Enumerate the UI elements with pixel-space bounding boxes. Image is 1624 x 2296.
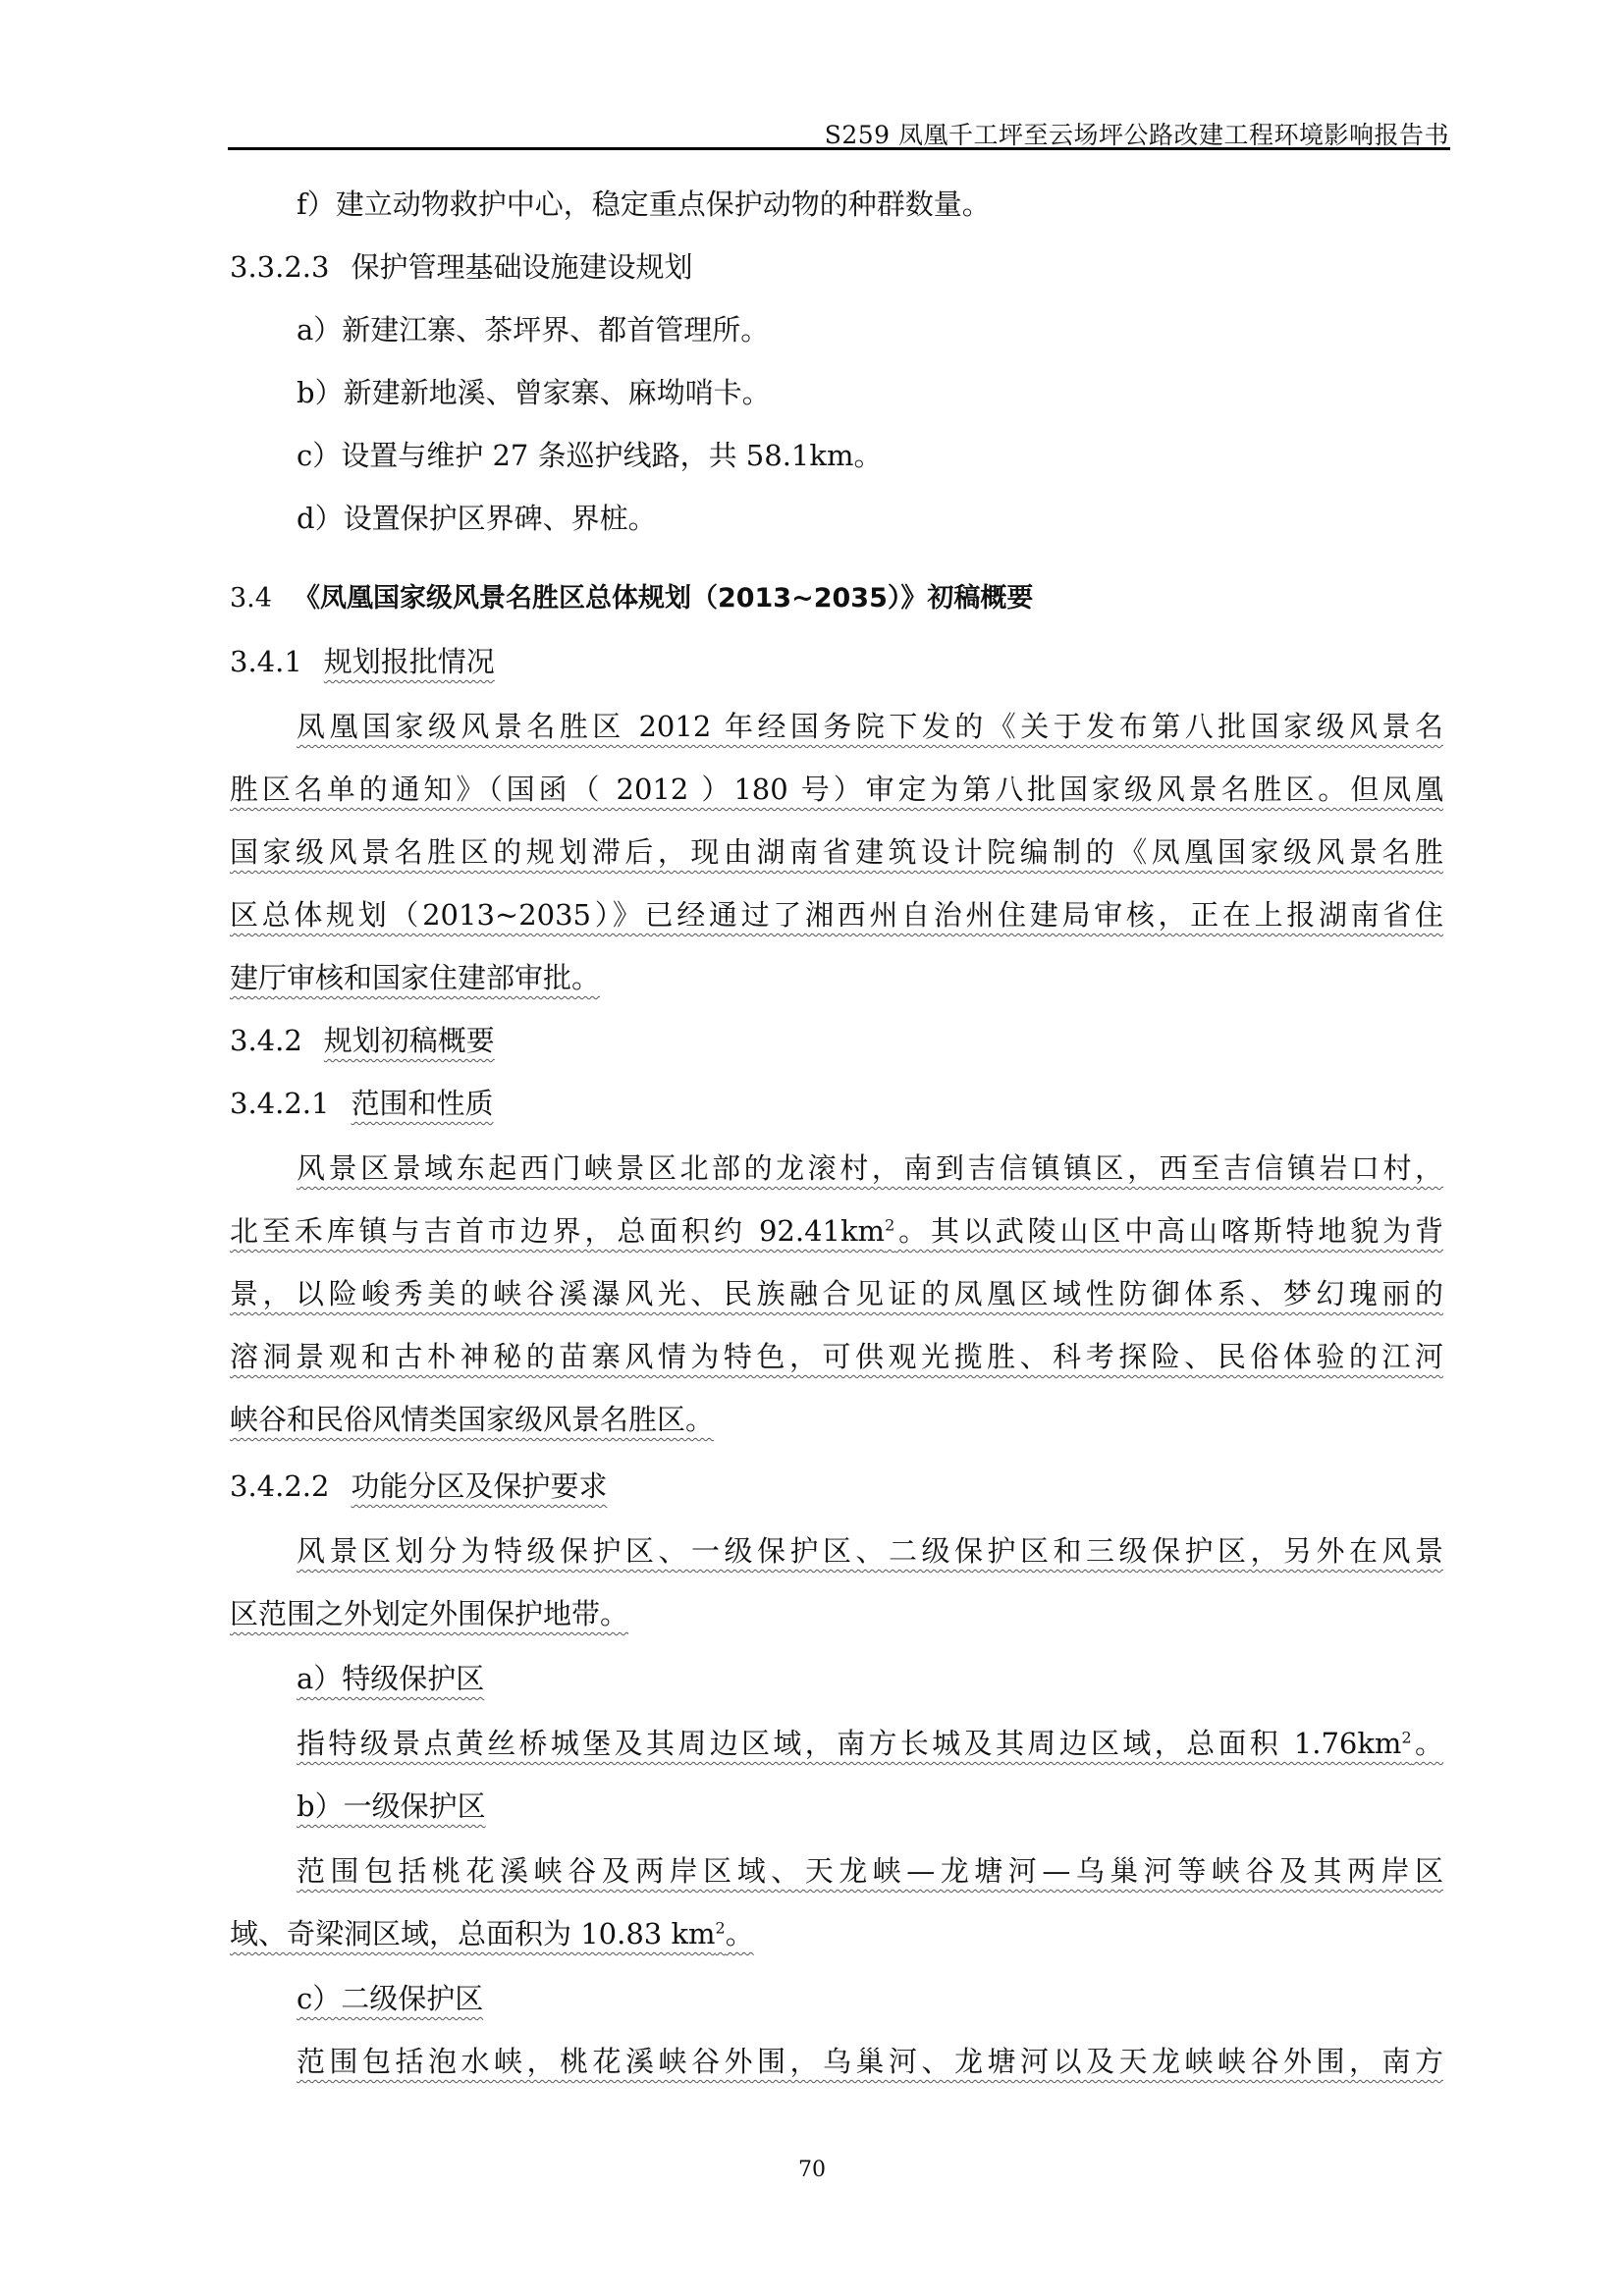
text-span: 。	[1412, 1727, 1443, 1760]
paragraph-line: 风景区景域东起西门峡景区北部的龙滚村，南到吉信镇镇区，西至吉信镇岩口村，	[297, 1150, 1443, 1186]
text-span: 域、奇梁洞区域，总面积为 10.83 km	[230, 1917, 716, 1950]
zone-a-title: a）特级保护区	[297, 1661, 484, 1696]
paragraph-line: 区总体规划（2013~2035）》已经通过了湘西州自治州住建局审核，正在上报湖南…	[230, 897, 1443, 933]
paragraph-line: 景，以险峻秀美的峡谷溪瀑风光、民族融合见证的凤凰区域性防御体系、梦幻瑰丽的	[230, 1276, 1443, 1311]
section-number: 3.4	[230, 583, 272, 614]
paragraph-line: 溶洞景观和古朴神秘的苗寨风情为特色，可供观光揽胜、科考探险、民俗体验的江河	[230, 1339, 1443, 1374]
paragraph-line: 胜区名单的通知》（国函（ 2012 ）180 号）审定为第八批国家级风景名胜区。…	[230, 772, 1443, 807]
paragraph-line: 建厅审核和国家住建部审批。	[230, 960, 600, 995]
paragraph-line: 区范围之外划定外围保护地带。	[230, 1596, 628, 1631]
section-heading-341: 3.4.1规划报批情况	[230, 644, 495, 679]
section-heading-34: 3.4《凤凰国家级风景名胜区总体规划（2013~2035）》初稿概要	[230, 581, 1033, 616]
paragraph-line: 凤凰国家级风景名胜区 2012 年经国务院下发的《关于发布第八批国家级风景名	[297, 709, 1443, 744]
section-title: 规划初稿概要	[324, 1024, 495, 1057]
section-number: 3.4.2.1	[230, 1087, 329, 1120]
section-number: 3.4.2.2	[230, 1469, 329, 1503]
list-item-a: a）新建江寨、茶坪界、都首管理所。	[297, 312, 769, 347]
document-title: S259 凤凰千工坪至云场坪公路改建工程环境影响报告书	[825, 116, 1449, 151]
zone-c-title: c）二级保护区	[297, 1981, 483, 2016]
text-span: 北至禾库镇与吉首市边界，总面积约 92.41km	[230, 1214, 885, 1248]
section-number: 3.4.1	[230, 645, 302, 678]
section-number: 3.4.2	[230, 1024, 302, 1057]
superscript: 2	[716, 1918, 726, 1937]
page-number: 70	[0, 2158, 1624, 2182]
list-item-c: c）设置与维护 27 条巡护线路，共 58.1km。	[297, 438, 882, 473]
section-title: 功能分区及保护要求	[351, 1469, 607, 1503]
zone-c-line: 范围包括泡水峡，桃花溪峡谷外围，乌巢河、龙塘河以及天龙峡峡谷外围，南方	[297, 2044, 1443, 2079]
superscript: 2	[1401, 1728, 1411, 1746]
section-title: 《凤凰国家级风景名胜区总体规划（2013~2035）》初稿概要	[294, 583, 1033, 614]
section-title: 保护管理基础设施建设规划	[351, 250, 692, 284]
list-item-f: f）建立动物救护中心，稳定重点保护动物的种群数量。	[297, 187, 991, 222]
paragraph-line: 风景区划分为特级保护区、一级保护区、二级保护区和三级保护区，另外在风景	[297, 1533, 1443, 1569]
section-heading-3323: 3.3.2.3保护管理基础设施建设规划	[230, 249, 692, 285]
section-heading-3422: 3.4.2.2功能分区及保护要求	[230, 1468, 607, 1504]
list-item-b: b）新建新地溪、曾家寨、麻坳哨卡。	[297, 375, 771, 410]
paragraph-line: 北至禾库镇与吉首市边界，总面积约 92.41km2。其以武陵山区中高山喀斯特地貌…	[230, 1213, 1443, 1249]
zone-b-line: 范围包括桃花溪峡谷及两岸区域、天龙峡—龙塘河—乌巢河等峡谷及其两岸区	[297, 1853, 1443, 1889]
text-span: 。	[726, 1917, 754, 1950]
section-title: 范围和性质	[351, 1087, 493, 1120]
zone-b-title: b）一级保护区	[297, 1789, 486, 1824]
list-item-d: d）设置保护区界碑、界桩。	[297, 501, 657, 536]
section-title: 规划报批情况	[324, 645, 495, 678]
section-heading-3421: 3.4.2.1范围和性质	[230, 1086, 493, 1121]
text-span: 指特级景点黄丝桥城堡及其周边区域，南方长城及其周边区域，总面积 1.76km	[297, 1727, 1401, 1760]
header-divider	[228, 147, 1450, 150]
paragraph-line: 国家级风景名胜区的规划滞后，现由湖南省建筑设计院编制的《凤凰国家级风景名胜	[230, 834, 1443, 870]
paragraph-line: 峡谷和民俗风情类国家级风景名胜区。	[230, 1402, 714, 1437]
zone-a-text: 指特级景点黄丝桥城堡及其周边区域，南方长城及其周边区域，总面积 1.76km2。	[297, 1726, 1443, 1761]
section-heading-342: 3.4.2规划初稿概要	[230, 1023, 495, 1058]
superscript: 2	[885, 1215, 894, 1234]
text-span: 。其以武陵山区中高山喀斯特地貌为背	[894, 1214, 1443, 1248]
zone-b-line: 域、奇梁洞区域，总面积为 10.83 km2。	[230, 1916, 754, 1951]
section-number: 3.3.2.3	[230, 250, 329, 284]
